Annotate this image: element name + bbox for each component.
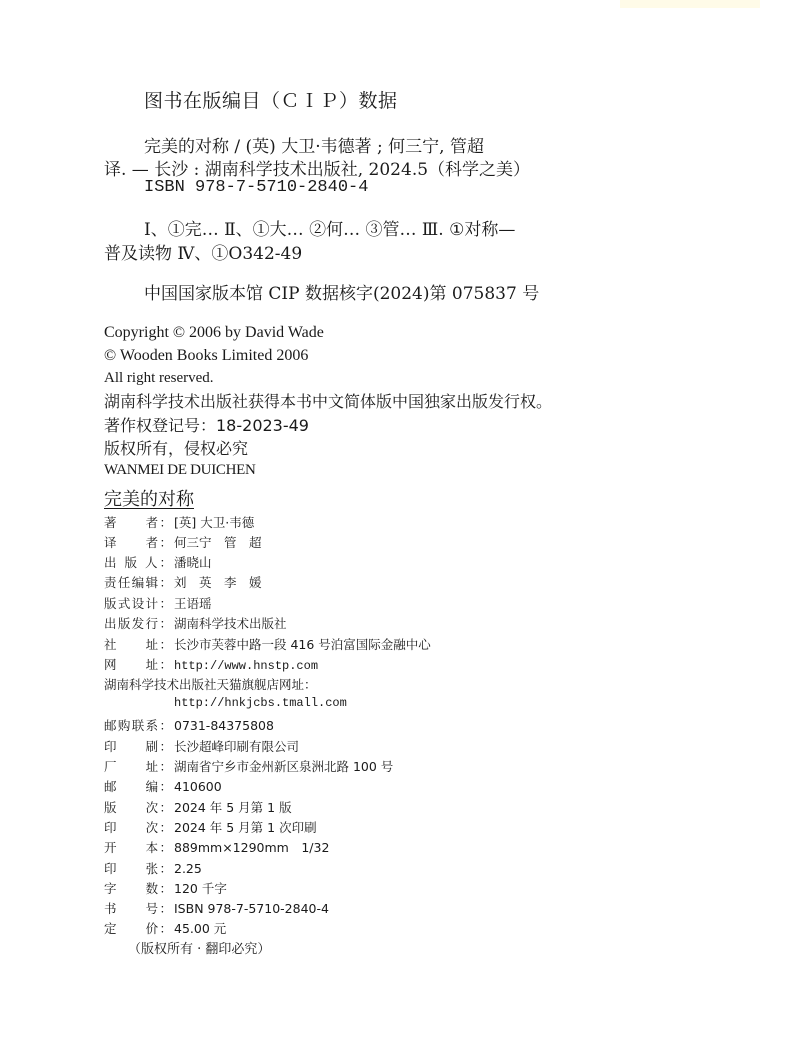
info-label: 网 址： <box>104 655 172 673</box>
tmall-store-link[interactable]: http://hnkjcbs.tmall.com <box>174 696 347 710</box>
info-value: 0731-84375808 <box>174 718 274 733</box>
info-value: 2024 年 5 月第 1 次印刷 <box>174 818 317 836</box>
info-label: 译 者： <box>104 533 172 551</box>
info-label: 书 号： <box>104 899 172 917</box>
info-value: 长沙市芙蓉中路一段 416 号泊富国际金融中心 <box>174 635 431 653</box>
info-row-postcode: 邮 编： 410600 <box>104 777 222 795</box>
cip-classification-line: Ⅰ、①完… Ⅱ、①大… ②何… ③管… Ⅲ. ①对称— <box>144 215 515 240</box>
info-label: 社 址： <box>104 635 172 653</box>
info-row-mail-order: 邮购联系： 0731-84375808 <box>104 716 274 734</box>
info-label: 印 刷： <box>104 737 172 755</box>
info-label: 版式设计： <box>104 594 172 612</box>
info-value: ISBN 978-7-5710-2840-4 <box>174 901 329 916</box>
info-row-isbn: 书 号： ISBN 978-7-5710-2840-4 <box>104 899 329 917</box>
info-row-factory-address: 厂 址： 湖南省宁乡市金州新区泉洲北路 100 号 <box>104 757 393 775</box>
license-statement: 湖南科学技术出版社获得本书中文简体版中国独家出版发行权。 <box>104 389 552 412</box>
info-row-publisher-person: 出 版 人： 潘晓山 <box>104 553 212 571</box>
info-value: 889mm×1290mm 1/32 <box>174 838 329 856</box>
pinyin-title: WANMEI DE DUICHEN <box>104 462 256 479</box>
info-label: 责任编辑： <box>104 573 172 591</box>
info-value: 何三宁 管 超 <box>174 533 262 551</box>
info-label: 邮 编： <box>104 777 172 795</box>
info-row-format: 开 本： 889mm×1290mm 1/32 <box>104 838 329 856</box>
info-value: 刘 英 李 媛 <box>174 573 262 591</box>
info-label: 出 版 人： <box>104 553 172 571</box>
info-value: 120 千字 <box>174 879 227 897</box>
piracy-notice: （版权所有 · 翻印必究） <box>128 938 270 957</box>
info-label: 开 本： <box>104 838 172 856</box>
copyright-line: © Wooden Books Limited 2006 <box>104 347 308 365</box>
info-label: 著 者： <box>104 513 172 531</box>
info-row-word-count: 字 数： 120 千字 <box>104 879 227 897</box>
cip-entry-line: 译. — 长沙 : 湖南科学技术出版社, 2024.5（科学之美） <box>104 155 530 180</box>
cip-record-number: 中国国家版本馆 CIP 数据核字(2024)第 075837 号 <box>144 279 539 304</box>
info-label: 印 次： <box>104 818 172 836</box>
info-row-printer: 印 刷： 长沙超峰印刷有限公司 <box>104 737 299 755</box>
copyright-line: Copyright © 2006 by David Wade <box>104 324 324 342</box>
info-value: 长沙超峰印刷有限公司 <box>174 737 299 755</box>
info-label: 定 价： <box>104 919 172 937</box>
info-row-editors: 责任编辑： 刘 英 李 媛 <box>104 573 262 591</box>
info-label: 出版发行： <box>104 614 172 632</box>
cip-isbn: ISBN 978-7-5710-2840-4 <box>144 178 368 197</box>
page-edge-mark <box>620 0 760 8</box>
info-value: 410600 <box>174 779 222 794</box>
info-value: 2.25 <box>174 861 202 876</box>
info-row-edition: 版 次： 2024 年 5 月第 1 版 <box>104 798 292 816</box>
info-value: 45.00 元 <box>174 919 226 937</box>
info-row-website: 网 址： http://www.hnstp.com <box>104 655 318 673</box>
info-row-sheets: 印 张： 2.25 <box>104 859 202 877</box>
info-value: [英] 大卫·韦德 <box>174 513 254 531</box>
info-label: 厂 址： <box>104 757 172 775</box>
info-row-price: 定 价： 45.00 元 <box>104 919 226 937</box>
copyright-registration: 著作权登记号：18-2023-49 <box>104 413 309 436</box>
rights-reserved: All right reserved. <box>104 370 214 387</box>
info-row-translator: 译 者： 何三宁 管 超 <box>104 533 262 551</box>
info-value: 湖南省宁乡市金州新区泉洲北路 100 号 <box>174 757 393 775</box>
info-label: 印 张： <box>104 859 172 877</box>
info-value: 湖南科学技术出版社天猫旗舰店网址： <box>104 675 317 693</box>
cip-classification-line: 普及读物 Ⅳ、①O342-49 <box>104 239 302 264</box>
website-link[interactable]: http://www.hnstp.com <box>174 659 318 673</box>
info-row-author: 著 者： [英] 大卫·韦德 <box>104 513 254 531</box>
info-label: 字 数： <box>104 879 172 897</box>
info-row-printing: 印 次： 2024 年 5 月第 1 次印刷 <box>104 818 317 836</box>
info-row-publisher: 出版发行： 湖南科学技术出版社 <box>104 614 287 632</box>
info-value: 湖南科学技术出版社 <box>174 614 287 632</box>
cip-title: 图书在版编目（ＣＩＰ）数据 <box>144 86 398 113</box>
info-row-tmall-url: http://hnkjcbs.tmall.com <box>174 696 347 710</box>
info-row-tmall-label: 湖南科学技术出版社天猫旗舰店网址： <box>104 675 317 693</box>
info-row-layout-design: 版式设计： 王语瑶 <box>104 594 212 612</box>
rights-notice: 版权所有，侵权必究 <box>104 436 248 459</box>
book-title: 完美的对称 <box>104 485 194 511</box>
info-value: 2024 年 5 月第 1 版 <box>174 798 292 816</box>
info-label: 版 次： <box>104 798 172 816</box>
info-row-address: 社 址： 长沙市芙蓉中路一段 416 号泊富国际金融中心 <box>104 635 431 653</box>
info-value: 潘晓山 <box>174 553 212 571</box>
info-value: 王语瑶 <box>174 594 212 612</box>
cip-entry-line: 完美的对称 / (英) 大卫·韦德著 ; 何三宁, 管超 <box>144 132 484 157</box>
info-label: 邮购联系： <box>104 716 172 734</box>
